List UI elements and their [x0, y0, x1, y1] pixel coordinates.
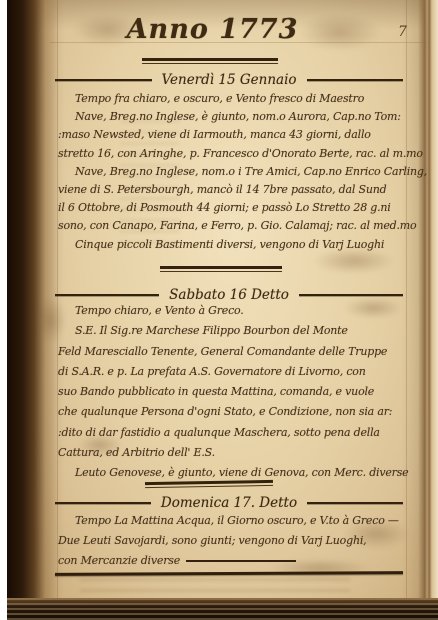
header-rule-left — [55, 294, 159, 296]
manuscript-line-text: con Mercanzie diverse — [58, 554, 180, 567]
entry-saturday: Tempo chiaro, e Vento à Greco. S.E. Il S… — [58, 301, 408, 484]
manuscript-line: Tempo chiaro, e Vento à Greco. — [58, 301, 408, 321]
manuscript-line: S.E. Il Sig.re Marchese Filippo Bourbon … — [58, 321, 408, 341]
section-divider-flourish — [145, 480, 273, 488]
header-rule-right — [299, 294, 403, 296]
manuscript-line: Tempo La Mattina Acqua, il Giorno oscuro… — [58, 511, 408, 531]
title-underline-rule — [142, 58, 278, 64]
manuscript-line: Nave, Breg.no Inglese, nom.o i Tre Amici… — [58, 163, 408, 181]
section-header-label: Venerdì 15 Gennaio — [152, 72, 307, 88]
section-header-sunday: Domenica 17. Detto — [55, 495, 403, 511]
manuscript-line: :maso Newsted, viene di Iarmouth, manca … — [58, 126, 408, 144]
page-content: Anno 1773 7 Venerdì 15 Gennaio Tempo fra… — [0, 0, 438, 620]
manuscript-line: Due Leuti Savojardi, sono giunti; vengon… — [58, 531, 408, 551]
manuscript-line: Tempo fra chiaro, e oscuro, e Vento fres… — [58, 90, 408, 108]
manuscript-line: viene di S. Petersbourgh, mancò il 14 7b… — [58, 181, 408, 199]
manuscript-line: Cinque piccoli Bastimenti diversi, vengo… — [58, 236, 408, 254]
manuscript-line: con Mercanzie diverse — [58, 551, 408, 571]
manuscript-line: che qualunque Persona d'ogni Stato, e Co… — [58, 402, 408, 422]
header-rule-left — [55, 79, 152, 81]
line-end-flourish — [186, 560, 296, 562]
entry-closing-rule — [55, 571, 403, 576]
section-header-label: Domenica 17. Detto — [151, 495, 307, 511]
page-number: 7 — [398, 24, 407, 40]
page-title: Anno 1773 — [90, 14, 335, 45]
section-header-friday: Venerdì 15 Gennaio — [55, 72, 403, 88]
manuscript-line: Nave, Breg.no Inglese, è giunto, nom.o A… — [58, 108, 408, 126]
manuscript-line: sono, con Canapo, Farina, e Ferro, p. Gi… — [58, 217, 408, 235]
manuscript-photo: Anno 1773 7 Venerdì 15 Gennaio Tempo fra… — [0, 0, 438, 620]
header-rule-right — [307, 502, 403, 504]
header-rule-right — [307, 79, 404, 81]
manuscript-line: suo Bando pubblicato in questa Mattina, … — [58, 382, 408, 402]
section-divider-rule — [160, 266, 282, 272]
manuscript-line: il 6 Ottobre, di Posmouth 44 giorni; e p… — [58, 199, 408, 217]
entry-sunday: Tempo La Mattina Acqua, il Giorno oscuro… — [58, 511, 408, 571]
manuscript-line: stretto 16, con Aringhe, p. Francesco d'… — [58, 145, 408, 163]
header-rule-left — [55, 502, 151, 504]
manuscript-line: di S.A.R. e p. La prefata A.S. Governato… — [58, 362, 408, 382]
manuscript-line: Feld Maresciallo Tenente, General Comand… — [58, 342, 408, 362]
manuscript-line: Cattura, ed Arbitrio dell' E.S. — [58, 443, 408, 463]
entry-friday: Tempo fra chiaro, e oscuro, e Vento fres… — [58, 90, 408, 254]
manuscript-line: :dito di dar fastidio a qualunque Masche… — [58, 423, 408, 443]
